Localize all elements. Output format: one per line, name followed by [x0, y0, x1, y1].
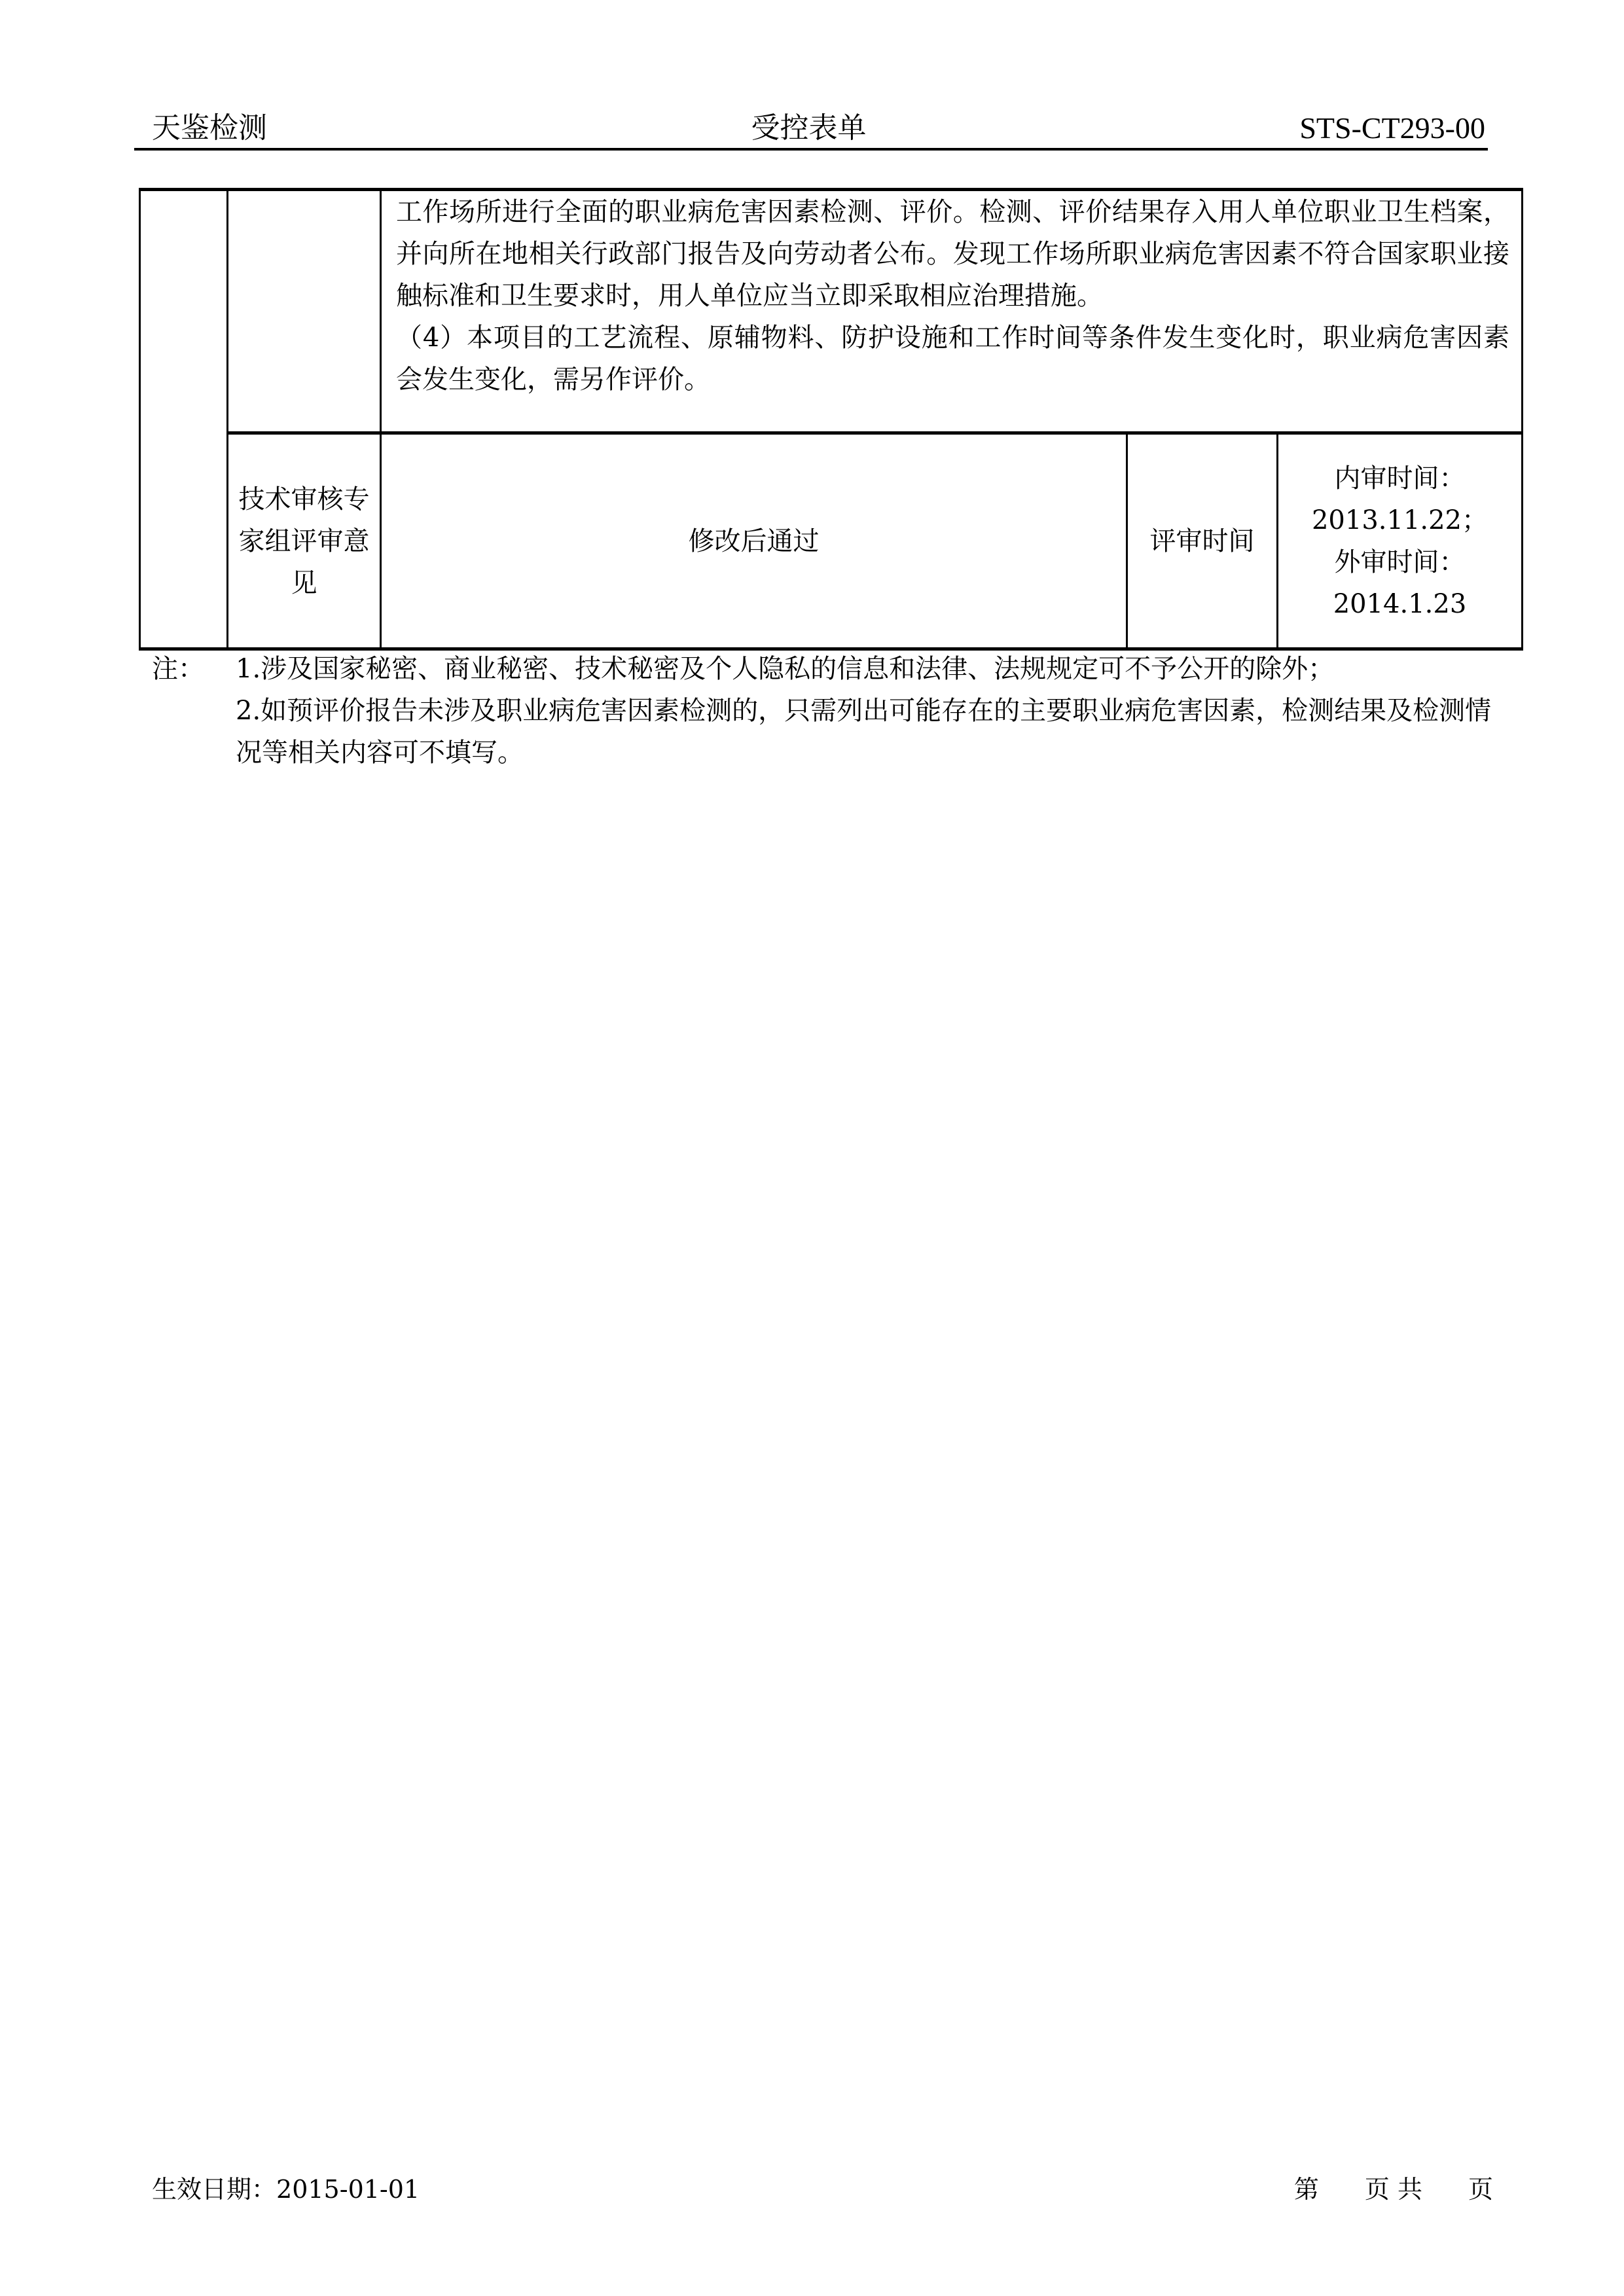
review-dates-cell: 内审时间： 2013.11.22； 外审时间： 2014.1.23 — [1278, 433, 1523, 649]
external-review-label: 外审时间： — [1278, 541, 1521, 583]
page-middle: 页 共 — [1365, 2173, 1422, 2206]
notes-list: 1.涉及国家秘密、商业秘密、技术秘密及个人隐私的信息和法律、法规规定可不予公开的… — [236, 648, 1500, 774]
review-opinion: 修改后通过 — [689, 526, 820, 556]
outer-label-cell — [140, 190, 228, 649]
footer-page-number: 第页 共页 — [1294, 2173, 1493, 2206]
review-time-label-cell: 评审时间 — [1127, 433, 1278, 649]
review-time-label: 评审时间 — [1150, 526, 1255, 556]
continuation-text-cell: 工作场所进行全面的职业病危害因素检测、评价。检测、评价结果存入用人单位职业卫生档… — [381, 190, 1523, 433]
note-item: 2.如预评价报告未涉及职业病危害因素检测的，只需列出可能存在的主要职业病危害因素… — [236, 690, 1500, 774]
paragraph: 工作场所进行全面的职业病危害因素检测、评价。检测、评价结果存入用人单位职业卫生档… — [396, 191, 1509, 317]
internal-review-label: 内审时间： — [1278, 457, 1521, 499]
effective-date-value: 2015-01-01 — [276, 2175, 420, 2204]
continuation-row: 工作场所进行全面的职业病危害因素检测、评价。检测、评价结果存入用人单位职业卫生档… — [140, 190, 1523, 433]
review-label: 技术审核专家组评审意见 — [239, 484, 370, 598]
review-row: 技术审核专家组评审意见 修改后通过 评审时间 内审时间： 2013.11.22；… — [140, 433, 1523, 649]
page-prefix: 第 — [1294, 2173, 1319, 2206]
assessment-table: 工作场所进行全面的职业病危害因素检测、评价。检测、评价结果存入用人单位职业卫生档… — [139, 188, 1523, 651]
header-doc-code: STS-CT293-00 — [1299, 110, 1485, 147]
notes: 注： 1.涉及国家秘密、商业秘密、技术秘密及个人隐私的信息和法律、法规规定可不予… — [152, 648, 1500, 774]
notes-label: 注： — [152, 648, 204, 690]
page-suffix: 页 — [1468, 2173, 1493, 2206]
review-label-cell: 技术审核专家组评审意见 — [228, 433, 381, 649]
paragraph: （4）本项目的工艺流程、原辅物料、防护设施和工作时间等条件发生变化时，职业病危害… — [396, 317, 1509, 401]
review-opinion-cell: 修改后通过 — [381, 433, 1127, 649]
external-review-date: 2014.1.23 — [1278, 583, 1521, 625]
footer-effective-date: 生效日期：2015-01-01 — [152, 2173, 420, 2206]
section-label-cell — [228, 190, 381, 433]
effective-date-label: 生效日期： — [152, 2175, 276, 2204]
header-rule — [134, 148, 1488, 151]
internal-review-date: 2013.11.22； — [1278, 499, 1521, 541]
note-item: 1.涉及国家秘密、商业秘密、技术秘密及个人隐私的信息和法律、法规规定可不予公开的… — [236, 648, 1500, 690]
